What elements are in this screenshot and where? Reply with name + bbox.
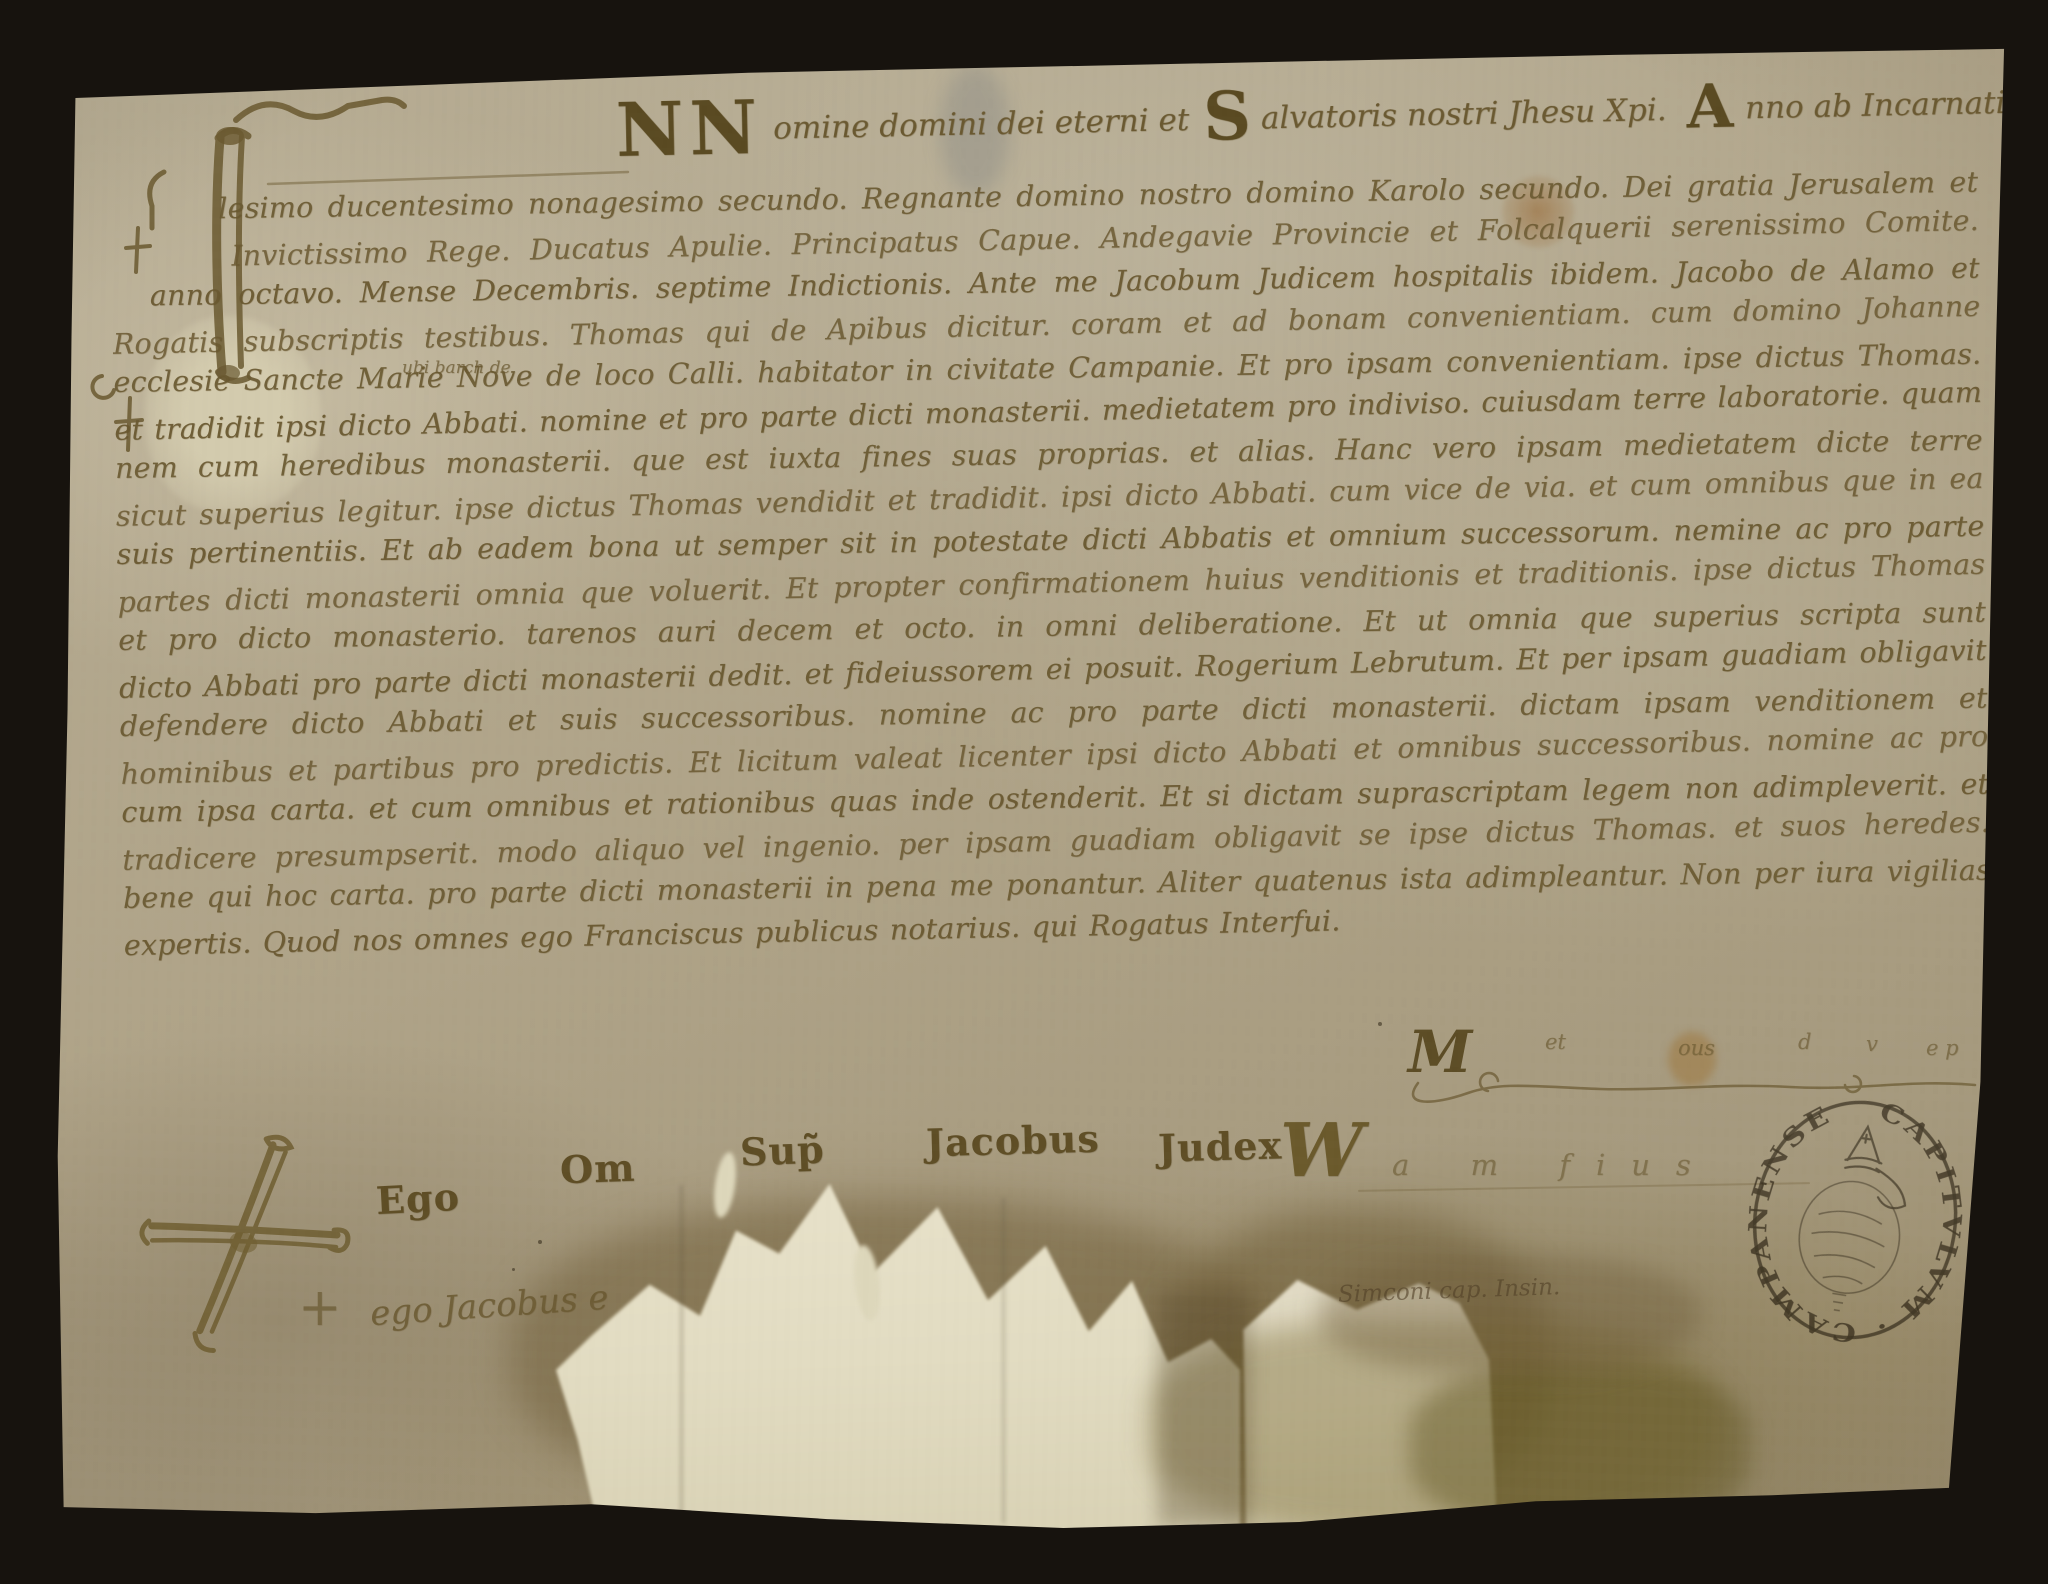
manuscript-first-line: NNomine domini dei eterni etSalvatoris n… (615, 60, 1947, 174)
first-line-seg3: nno ab Incarnatione eius Mil (1745, 81, 2048, 126)
parchment-damage-area-right (1238, 1200, 1508, 1533)
signature-flourish-text: a m fius (1392, 1148, 1717, 1182)
photo-background: NNomine domini dei eterni etSalvatoris n… (0, 0, 2048, 1584)
flourish-mark: e p (1926, 1036, 1959, 1060)
flourish-mark: ous (1678, 1036, 1715, 1060)
small-abrasion-mark (711, 1151, 740, 1219)
stamp-shield-icon (1788, 1174, 1907, 1318)
first-line-seg2: alvatoris nostri Jhesu Xpi. (1261, 92, 1667, 136)
interlinear-note: ubi barch de (402, 358, 511, 378)
first-line-seg1: omine domini dei eterni et (773, 102, 1190, 147)
stain-damage-halo-right (1170, 1210, 1550, 1510)
signature-flourish-line (1358, 1182, 1810, 1192)
stain-olive-wash (1150, 1320, 1720, 1535)
stain-note-wash (1320, 1255, 1700, 1375)
signature-om: Om (559, 1145, 636, 1193)
stamp-ring-text: CAPITVLVM · CAMPANENSE (1725, 1077, 1985, 1364)
signature-judex: Judex (1157, 1122, 1282, 1170)
flourish-mark: et (1545, 1030, 1566, 1054)
parchment-damage-area (520, 1145, 1240, 1533)
signature-jacobus: Jacobus (925, 1116, 1100, 1166)
faint-archival-note: Simconi cap. Insin. (1338, 1274, 1561, 1308)
manuscript-body: lesimo ducentesimo nonagesimo secundo. R… (110, 158, 1992, 966)
ink-speck (512, 1268, 515, 1271)
plain-cross-mark: + (298, 1278, 342, 1338)
flourish-mark: d (1798, 1030, 1811, 1054)
chapter-stamp: CAPITVLVM · CAMPANENSE (1721, 1074, 1989, 1369)
lettrine-a: A (1686, 71, 1740, 142)
stain-olive-dark (1410, 1365, 1750, 1530)
signature-ego: Ego (375, 1174, 461, 1223)
signature-w-initial: W (1280, 1108, 1364, 1194)
crease-line (1002, 1198, 1005, 1523)
flourish-mark: v (1866, 1032, 1878, 1056)
lettrine-s: S (1202, 77, 1257, 156)
small-abrasion-mark (851, 1244, 883, 1322)
stain-damage-halo-left (510, 1200, 1270, 1510)
svg-text:CAPITVLVM · CAMPANENSE: CAPITVLVM · CAMPANENSE (1725, 1077, 1985, 1364)
parchment-document: NNomine domini dei eterni etSalvatoris n… (40, 40, 2008, 1528)
notarial-cross (110, 1102, 372, 1386)
ink-speck (1378, 1022, 1382, 1026)
signature-ego-jacobus: ego Jacobus e (369, 1278, 610, 1335)
signature-sup: Sup̃ (739, 1127, 825, 1175)
lettrine-nn: NN (615, 85, 764, 174)
ink-speck (538, 1240, 542, 1244)
crease-line (680, 1185, 683, 1520)
stain-dark-column (1158, 1292, 1250, 1527)
